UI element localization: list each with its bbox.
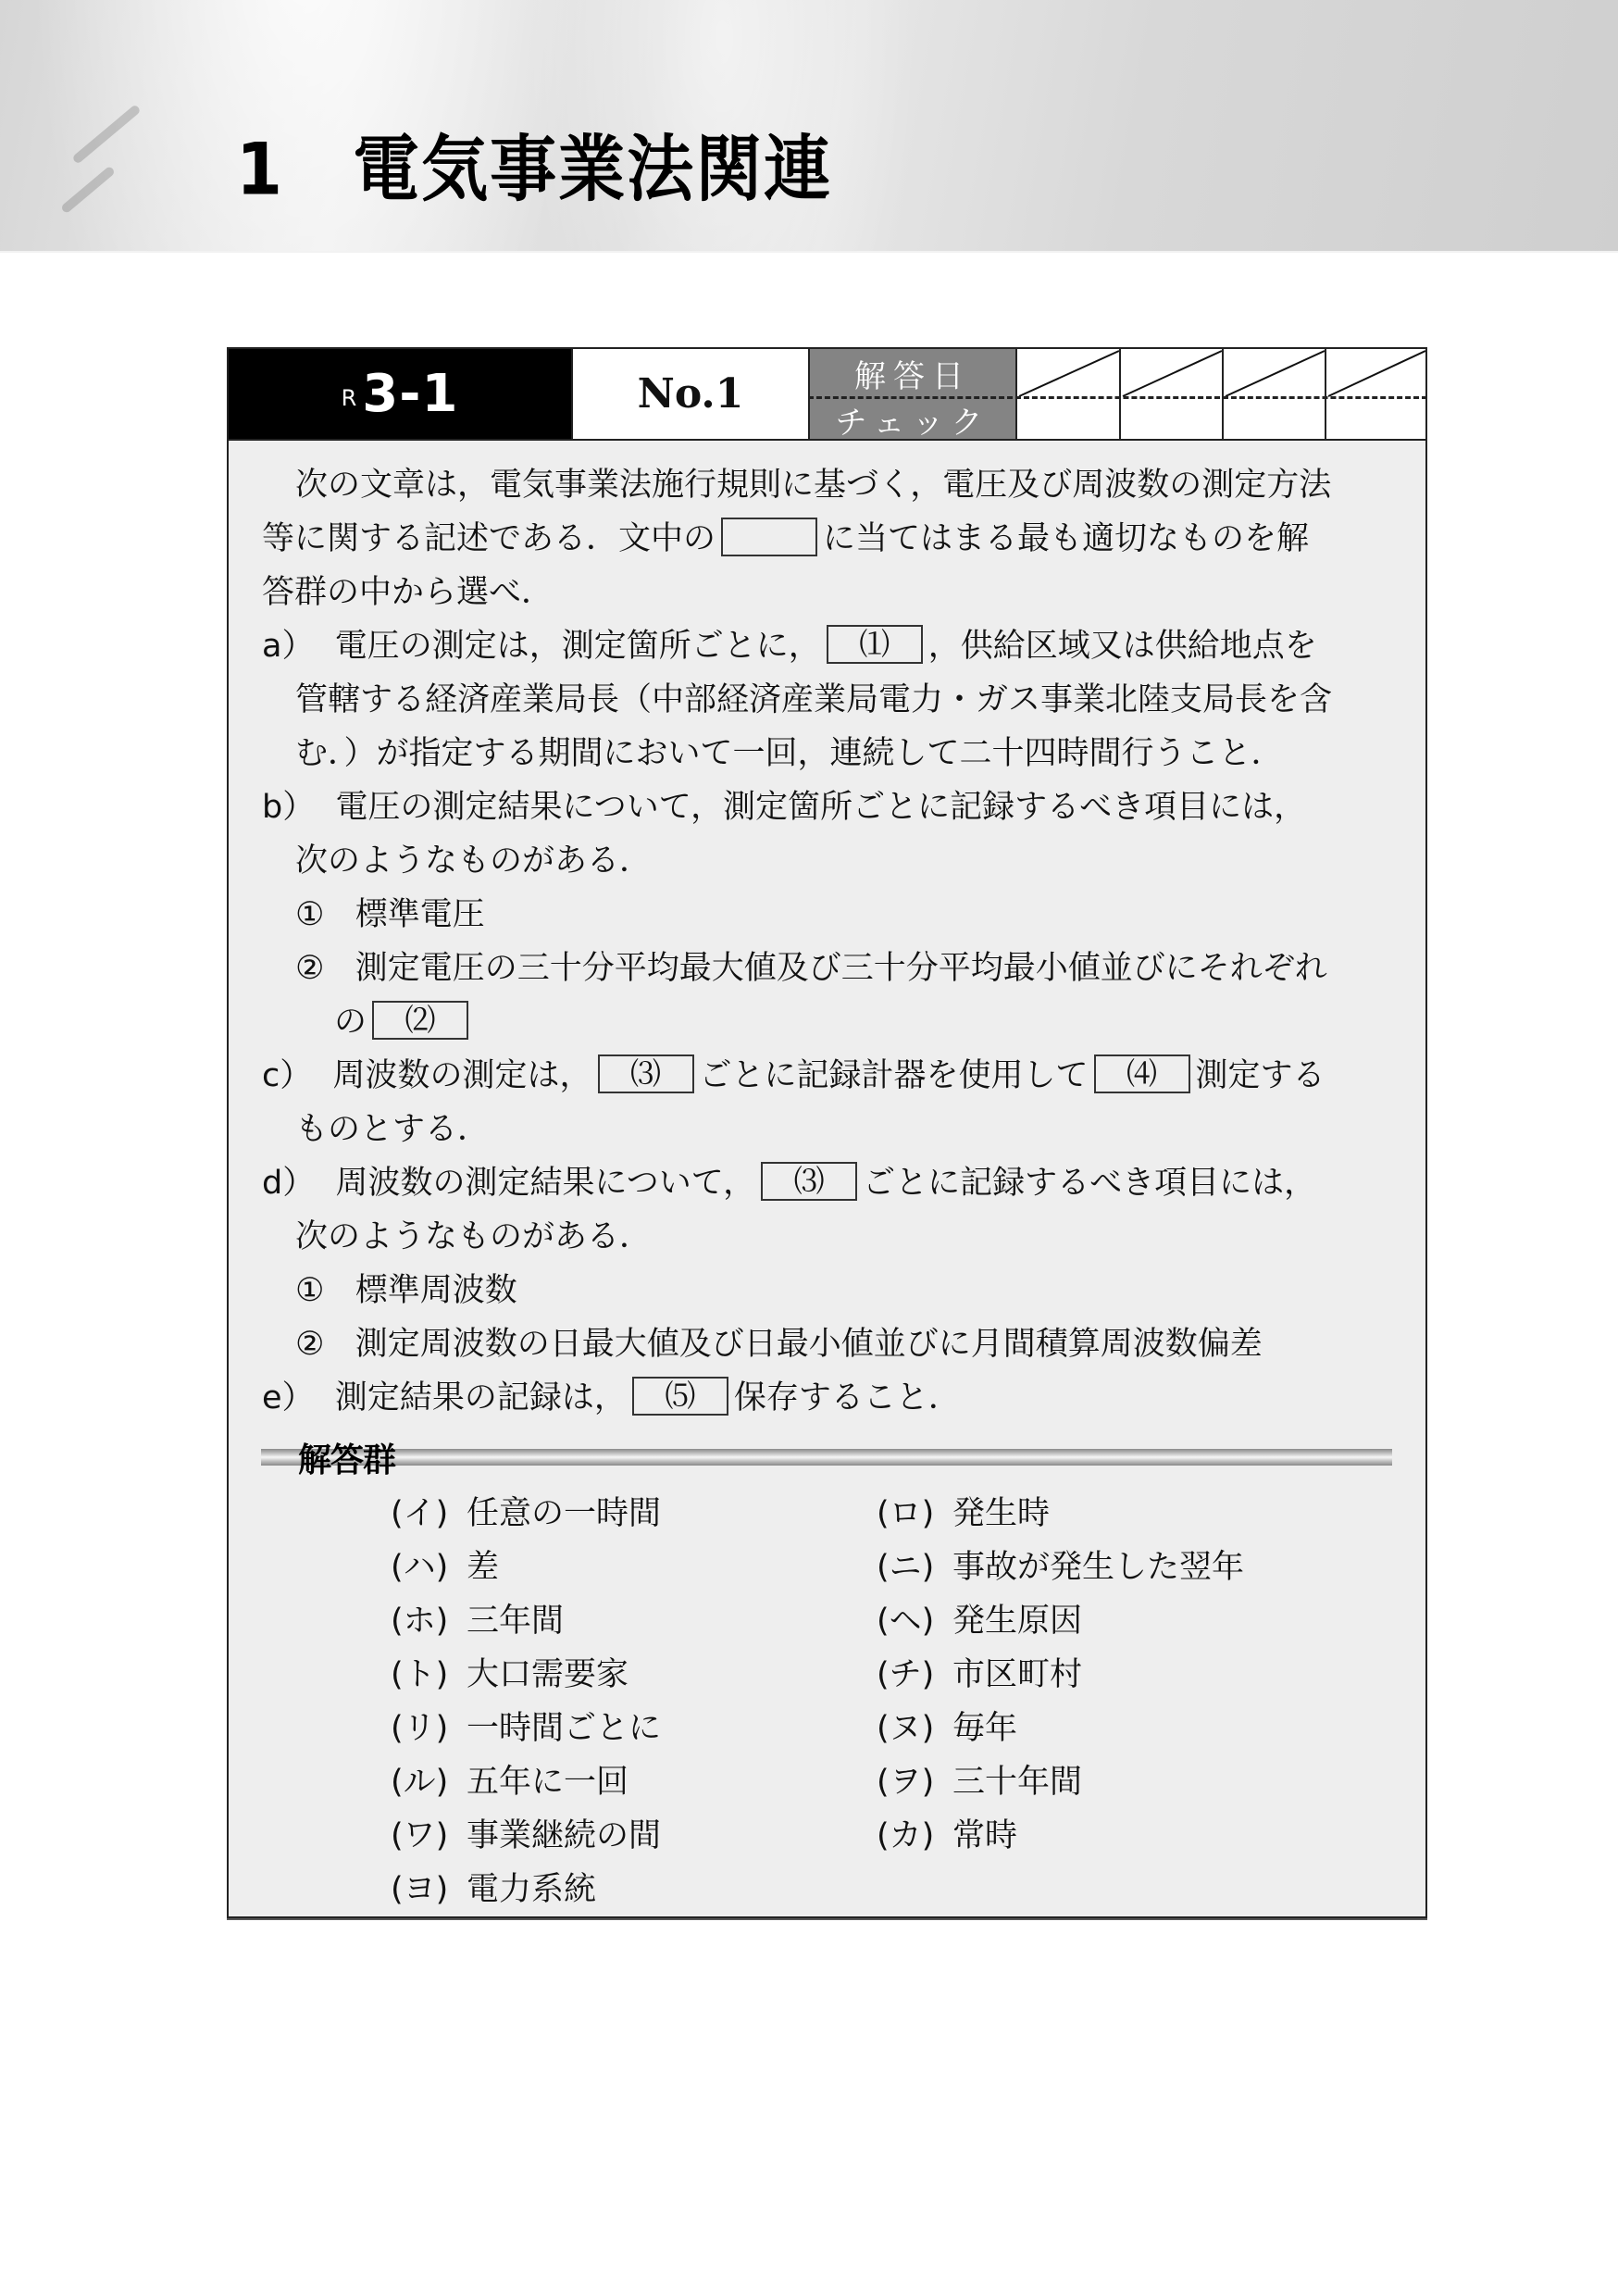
item-b-sub-2: ② 測定電圧の三十分平均最大値及び三十分平均最小値並びにそれぞれ [295,942,1327,995]
item-d-sub-1-text: 標準周波数 [355,1272,517,1309]
choice-text: 発生時 [952,1488,1050,1534]
item-a-line-3: む．）が指定する期間において一回，連続して二十四時間行うこと． [295,727,1284,780]
decorative-streak [60,166,116,215]
item-c-line-1: c） 周波数の測定は，⑶ごとに記録計器を使用して⑷測定する [262,1049,1326,1103]
choice-text: 毎年 [952,1703,1017,1749]
header-dashed-divider [808,396,1427,399]
check-cell-1[interactable] [1015,349,1119,439]
choice-key: (カ) [877,1810,934,1856]
choice-key: (ヘ) [877,1595,934,1641]
question-code: R 3-1 [229,349,571,439]
choice-key: (ヌ) [877,1703,934,1749]
circled-2-marker: ② [295,1326,324,1363]
choice-text: 任意の一時間 [467,1488,661,1534]
item-b-line-2: 次のようなものがある． [295,834,652,888]
check-label: チェック [810,397,1015,443]
item-d-line-2: 次のようなものがある． [295,1210,652,1264]
item-c-line-2: ものとする． [295,1103,490,1156]
item-a-line-1: a） 電圧の測定は，測定箇所ごとに，⑴，供給区域又は供給地点を [262,619,1317,673]
item-d-text: ごとに記録するべき項目には， [863,1165,1316,1202]
choice-text: 五年に一回 [467,1756,629,1803]
item-a-text: 電圧の測定は，測定箇所ごとに， [335,628,821,665]
intro-text: 等に関する記述である．文中の [262,520,716,557]
choice-text: 一時間ごとに [467,1703,661,1749]
choice-key: (ホ) [391,1595,448,1641]
item-b-text: 電圧の測定結果について，測定箇所ごとに記録するべき項目には， [335,789,1306,826]
item-b-sub-1: ① 標準電圧 [295,888,485,942]
blank-placeholder [721,518,817,556]
choice-text: 事業継続の間 [467,1810,661,1856]
choice-text: 三年間 [467,1595,564,1641]
circled-2-marker: ② [295,950,324,987]
choice-key: (ニ) [877,1541,934,1588]
choice-key: (リ) [391,1703,448,1749]
question-header: R 3-1 No.1 解答日 チェック [229,349,1425,441]
choice-key: (ヨ) [391,1864,448,1910]
item-c-text: ごとに記録計器を使用して [700,1057,1089,1094]
answer-date-check-label: 解答日 チェック [808,349,1015,439]
item-d-sub-2: ② 測定周波数の日最大値及び日最小値並びに月間積算周波数偏差 [295,1317,1263,1371]
item-e-text: 測定結果の記録は， [335,1379,627,1416]
choice-key: (ロ) [877,1488,934,1534]
choice-text: 事故が発生した翌年 [952,1541,1244,1588]
intro-text: に当てはまる最も適切なものを解 [823,520,1309,557]
check-cell-4[interactable] [1325,349,1425,439]
intro-line-1: 次の文章は，電気事業法施行規則に基づく，電圧及び周波数の測定方法 [295,458,1331,512]
blank-3[interactable]: ⑶ [598,1054,694,1093]
circled-1-marker: ① [295,1272,324,1309]
choice-text: 電力系統 [467,1864,596,1910]
item-d-line-1: d） 周波数の測定結果について，⑶ごとに記録するべき項目には， [262,1156,1316,1210]
choice-text: 常時 [952,1810,1017,1856]
check-cell-2[interactable] [1119,349,1222,439]
item-b-marker: b） [262,789,315,826]
choice-text: 発生原因 [952,1595,1082,1641]
date-slash-icon [1224,349,1326,439]
item-a-text: ，供給区域又は供給地点を [928,628,1317,665]
chapter-banner: 1 電気事業法関連 [0,0,1618,253]
date-slash-icon [1121,349,1224,439]
item-b-sub-1-text: 標準電圧 [355,896,485,933]
choice-text: 大口需要家 [467,1649,629,1695]
item-d-marker: d） [262,1165,315,1202]
item-b-text: の [334,1004,367,1041]
chapter-title: 1 電気事業法関連 [236,111,832,215]
item-d-text: 周波数の測定結果について， [335,1165,755,1202]
blank-2[interactable]: ⑵ [372,1001,468,1040]
choice-key: (ル) [391,1756,448,1803]
blank-3-repeat[interactable]: ⑶ [761,1162,857,1201]
item-a-line-2: 管轄する経済産業局長（中部経済産業局電力・ガス事業北陸支局長を含 [295,673,1332,727]
item-e-marker: e） [262,1379,315,1416]
choice-text: 差 [467,1541,499,1588]
item-b-sub-2-text: 測定電圧の三十分平均最大値及び三十分平均最小値並びにそれぞれ [355,950,1327,987]
answer-group-divider [261,1449,1392,1466]
blank-5[interactable]: ⑸ [632,1377,728,1416]
choice-key: (ワ) [391,1810,448,1856]
intro-line-2: 等に関する記述である．文中のに当てはまる最も適切なものを解 [262,512,1309,566]
choice-key: (ト) [391,1649,448,1695]
choice-key: (ハ) [391,1541,448,1588]
era-label: R [342,385,357,411]
decorative-streak [71,104,141,165]
blank-4[interactable]: ⑷ [1094,1054,1190,1093]
item-d-sub-1: ① 標準周波数 [295,1264,517,1317]
item-c-marker: c） [262,1057,312,1094]
item-c-text: 測定する [1196,1057,1326,1094]
date-slash-icon [1017,349,1121,439]
choice-key: (チ) [877,1649,934,1695]
date-slash-icon [1326,349,1427,439]
question-box: R 3-1 No.1 解答日 チェック 次の文章は，電気事業法施行規則に基づく，… [227,347,1427,1918]
item-d-sub-2-text: 測定周波数の日最大値及び日最小値並びに月間積算周波数偏差 [355,1326,1263,1363]
check-cell-3[interactable] [1222,349,1325,439]
circled-1-marker: ① [295,896,324,933]
item-b-sub-2-cont: の⑵ [334,995,474,1049]
item-a-marker: a） [262,628,314,665]
question-number: No.1 [571,349,808,439]
choice-key: (ヲ) [877,1756,934,1803]
choice-key: (イ) [391,1488,448,1534]
intro-line-3: 答群の中から選べ． [262,566,554,619]
question-code-number: 3-1 [362,364,458,424]
blank-1[interactable]: ⑴ [827,625,923,664]
answer-group-heading: 解答群 [298,1434,395,1481]
item-b-line-1: b） 電圧の測定結果について，測定箇所ごとに記録するべき項目には， [262,780,1306,834]
answer-date-label: 解答日 [810,351,1015,396]
choice-text: 三十年間 [952,1756,1082,1803]
item-e-text: 保存すること． [734,1379,961,1416]
item-e-line-1: e） 測定結果の記録は，⑸保存すること． [262,1371,961,1425]
choice-text: 市区町村 [952,1649,1082,1695]
item-c-text: 周波数の測定は， [333,1057,592,1094]
